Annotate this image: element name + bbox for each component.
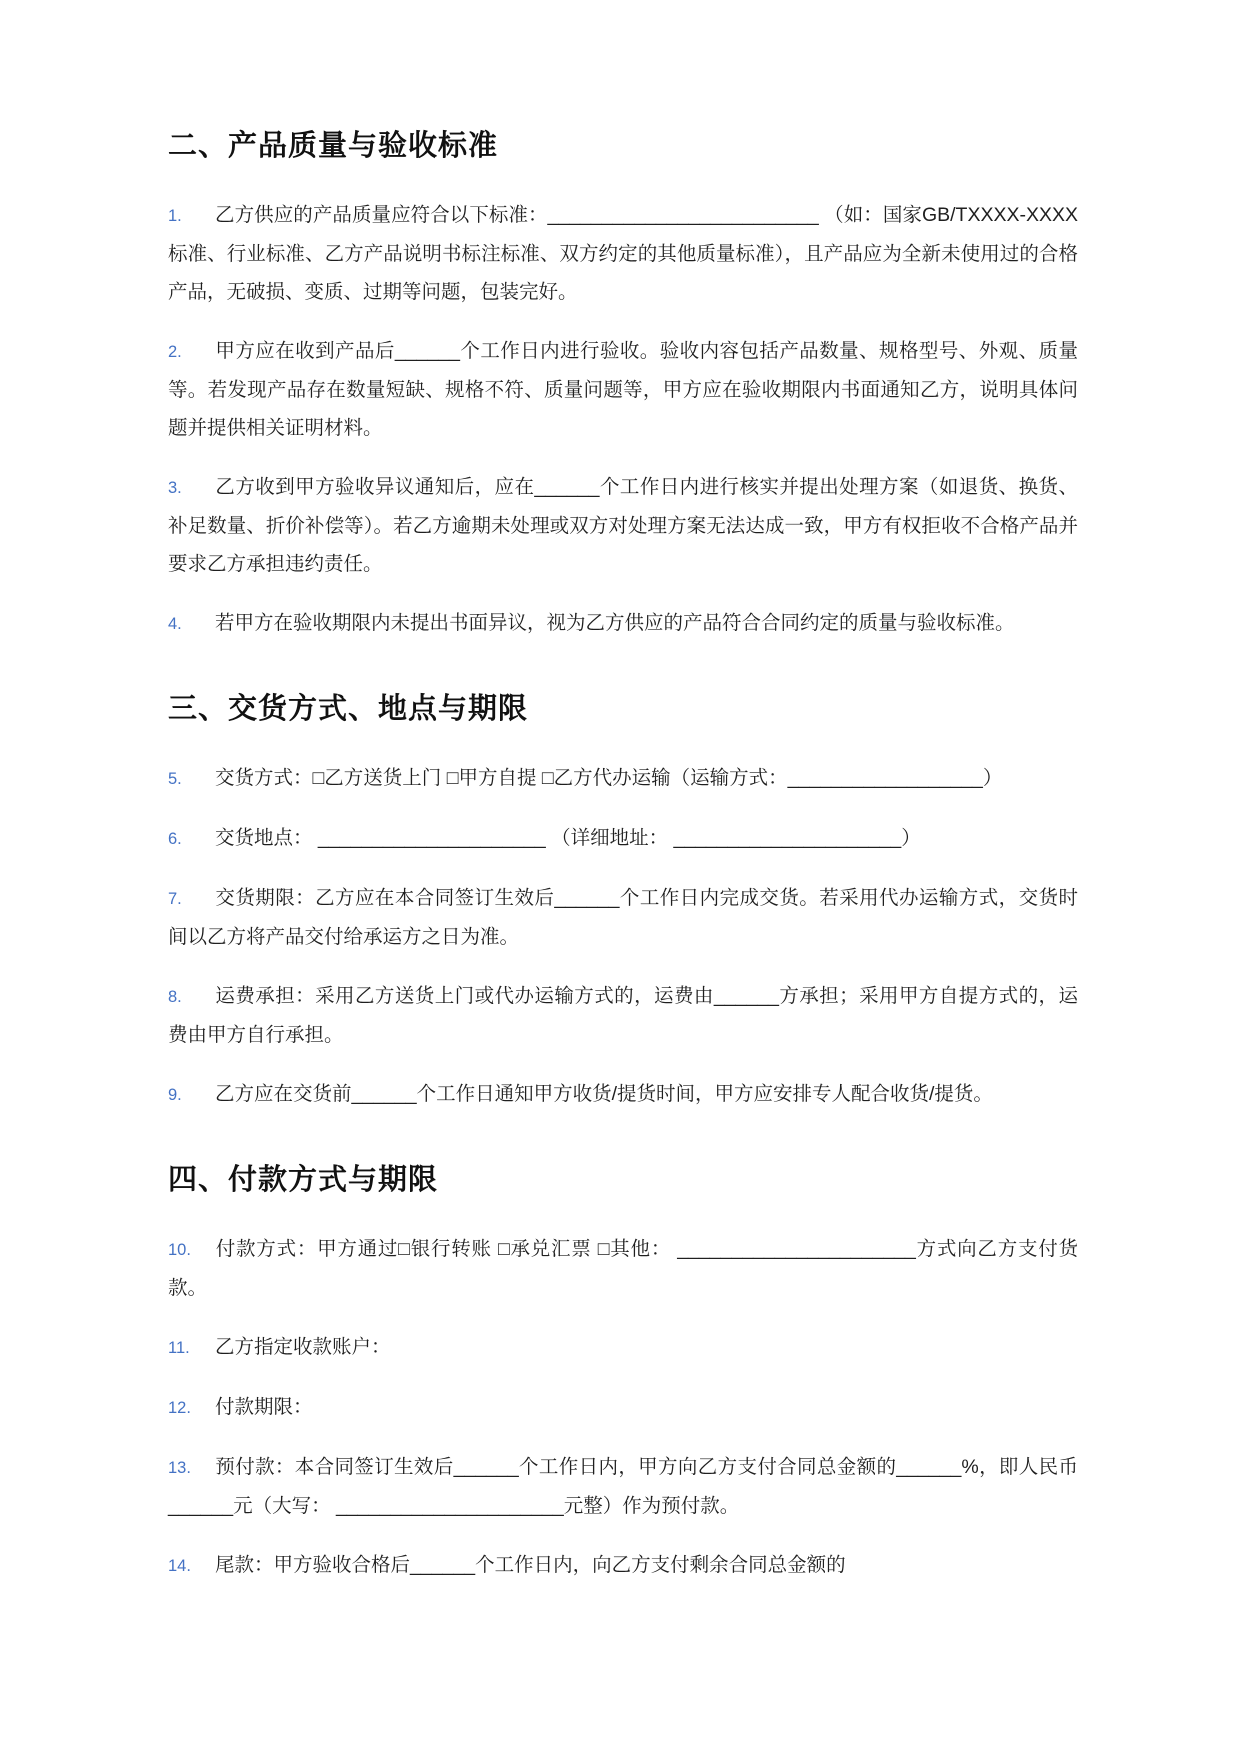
section-clauses: 10.付款方式：甲方通过□银行转账 □承兑汇票 □其他： ___________… xyxy=(168,1230,1078,1585)
section-title: 二、产品质量与验收标准 xyxy=(168,126,1078,166)
contract-document-page: 二、产品质量与验收标准 1.乙方供应的产品质量应符合以下标准：_________… xyxy=(0,0,1241,1755)
contract-clause: 9.乙方应在交货前______个工作日通知甲方收货/提货时间，甲方应安排专人配合… xyxy=(168,1075,1078,1114)
section-clauses: 5.交货方式：□乙方送货上门 □甲方自提 □乙方代办运输（运输方式：______… xyxy=(168,759,1078,1114)
clause-number: 14. xyxy=(168,1547,215,1585)
section-title: 三、交货方式、地点与期限 xyxy=(168,689,1078,729)
clause-text: 若甲方在验收期限内未提出书面异议，视为乙方供应的产品符合合同约定的质量与验收标准… xyxy=(215,612,1015,634)
clause-number: 1. xyxy=(168,197,215,235)
clause-number: 11. xyxy=(168,1329,215,1367)
clause-text: 乙方供应的产品质量应符合以下标准：_______________________… xyxy=(168,204,1083,303)
contract-clause: 6.交货地点： _____________________ （详细地址： ___… xyxy=(168,819,1078,858)
clause-text: 付款期限： xyxy=(215,1396,313,1418)
contract-section: 四、付款方式与期限 10.付款方式：甲方通过□银行转账 □承兑汇票 □其他： _… xyxy=(168,1160,1078,1585)
contract-clause: 3.乙方收到甲方验收异议通知后，应在______个工作日内进行核实并提出处理方案… xyxy=(168,468,1078,583)
contract-clause: 2.甲方应在收到产品后______个工作日内进行验收。验收内容包括产品数量、规格… xyxy=(168,332,1078,447)
clause-text: 尾款：甲方验收合格后______个工作日内，向乙方支付剩余合同总金额的 xyxy=(215,1554,846,1576)
clause-number: 13. xyxy=(168,1449,215,1487)
clause-text: 交货方式：□乙方送货上门 □甲方自提 □乙方代办运输（运输方式：________… xyxy=(215,767,1002,789)
clause-text: 运费承担：采用乙方送货上门或代办运输方式的，运费由______方承担；采用甲方自… xyxy=(168,985,1078,1046)
clause-text: 甲方应在收到产品后______个工作日内进行验收。验收内容包括产品数量、规格型号… xyxy=(168,340,1078,439)
section-title: 四、付款方式与期限 xyxy=(168,1160,1078,1200)
clause-text: 乙方应在交货前______个工作日通知甲方收货/提货时间，甲方应安排专人配合收货… xyxy=(215,1083,993,1105)
contract-clause: 13.预付款：本合同签订生效后______个工作日内，甲方向乙方支付合同总金额的… xyxy=(168,1448,1078,1525)
contract-clause: 8.运费承担：采用乙方送货上门或代办运输方式的，运费由______方承担；采用甲… xyxy=(168,977,1078,1054)
section-clauses: 1.乙方供应的产品质量应符合以下标准：_____________________… xyxy=(168,196,1078,643)
contract-section: 二、产品质量与验收标准 1.乙方供应的产品质量应符合以下标准：_________… xyxy=(168,126,1078,643)
clause-text: 预付款：本合同签订生效后______个工作日内，甲方向乙方支付合同总金额的___… xyxy=(168,1456,1078,1517)
clause-number: 3. xyxy=(168,469,215,507)
clause-number: 6. xyxy=(168,820,215,858)
clause-number: 2. xyxy=(168,333,215,371)
contract-clause: 1.乙方供应的产品质量应符合以下标准：_____________________… xyxy=(168,196,1078,311)
contract-clause: 12.付款期限： xyxy=(168,1388,1078,1427)
contract-section: 三、交货方式、地点与期限 5.交货方式：□乙方送货上门 □甲方自提 □乙方代办运… xyxy=(168,689,1078,1114)
clause-text: 交货期限：乙方应在本合同签订生效后______个工作日内完成交货。若采用代办运输… xyxy=(168,887,1078,948)
clause-number: 9. xyxy=(168,1076,215,1114)
contract-clause: 14.尾款：甲方验收合格后______个工作日内，向乙方支付剩余合同总金额的 xyxy=(168,1546,1078,1585)
clause-number: 8. xyxy=(168,978,215,1016)
clause-text: 乙方收到甲方验收异议通知后，应在______个工作日内进行核实并提出处理方案（如… xyxy=(168,476,1078,575)
clause-number: 12. xyxy=(168,1389,215,1427)
clause-number: 10. xyxy=(168,1231,215,1269)
contract-clause: 7.交货期限：乙方应在本合同签订生效后______个工作日内完成交货。若采用代办… xyxy=(168,879,1078,956)
contract-clause: 5.交货方式：□乙方送货上门 □甲方自提 □乙方代办运输（运输方式：______… xyxy=(168,759,1078,798)
clause-number: 7. xyxy=(168,880,215,918)
clause-text: 交货地点： _____________________ （详细地址： _____… xyxy=(215,827,921,849)
clause-number: 4. xyxy=(168,605,215,643)
contract-clause: 11.乙方指定收款账户： xyxy=(168,1328,1078,1367)
clause-text: 乙方指定收款账户： xyxy=(215,1336,391,1358)
contract-clause: 10.付款方式：甲方通过□银行转账 □承兑汇票 □其他： ___________… xyxy=(168,1230,1078,1307)
contract-clause: 4.若甲方在验收期限内未提出书面异议，视为乙方供应的产品符合合同约定的质量与验收… xyxy=(168,604,1078,643)
clause-number: 5. xyxy=(168,760,215,798)
contract-sections: 二、产品质量与验收标准 1.乙方供应的产品质量应符合以下标准：_________… xyxy=(168,126,1078,1585)
clause-text: 付款方式：甲方通过□银行转账 □承兑汇票 □其他： ______________… xyxy=(168,1238,1078,1299)
